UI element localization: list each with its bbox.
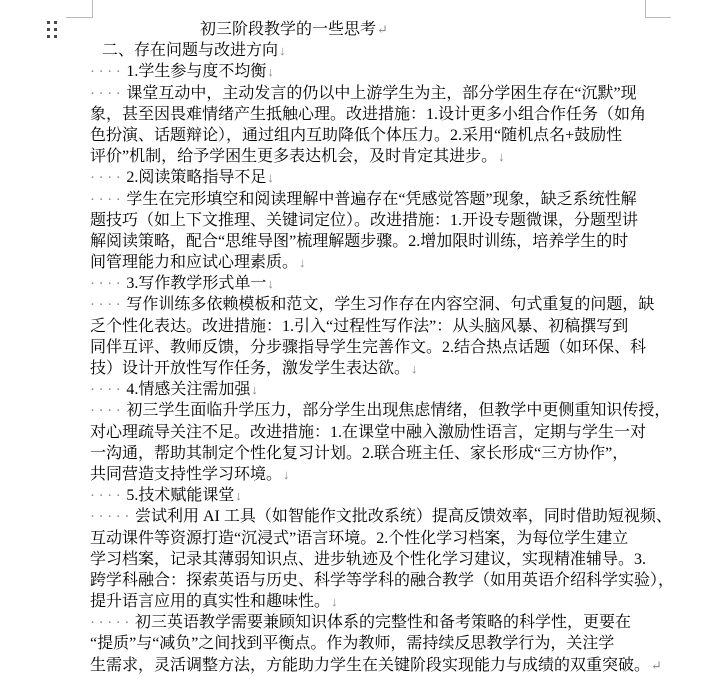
line-text: 初三学生面临升学压力，部分学生出现焦虑情绪，但教学中更侧重知识传授， [126,402,670,419]
text-line: 生需求，灵活调整方法，方能助力学生在关键阶段实现能力与成绩的双重突破。↵ [90,655,650,676]
space-marks: ···· [90,276,124,292]
line-text: 间管理能力和应试心理素质。 [90,254,298,271]
line-break-mark-icon: ↓ [331,594,338,609]
document-title: 初三阶段教学的一些思考↵ [90,19,650,40]
paragraph-mark-icon: ↵ [651,658,662,673]
space-marks: ···· [90,170,124,186]
text-line: 题技巧（如上下文推理、关键词定位）。改进措施：1.开设专题微课，分题型讲 [90,210,650,231]
text-line: 间管理能力和应试心理素质。↓ [90,252,650,273]
line-text: 4.情感关注需加强 [126,381,250,398]
paragraph-mark-icon: ↵ [377,22,388,37]
line-text: “提质”与“减负”之间找到平衡点。作为教师，需持续反思教学行为，关注学 [90,635,614,652]
text-line: 二、存在问题与改进方向↓ [90,40,650,61]
space-marks: ····· [90,509,133,525]
line-text: 评价”机制，给予学困生更多表达机会，及时肯定其进步。 [90,148,497,165]
text-line: ····初三学生面临升学压力，部分学生出现焦虑情绪，但教学中更侧重知识传授， [90,400,650,421]
space-marks: ···· [90,86,124,102]
line-text: 尝试利用 AI 工具（如智能作文批改系统）提高反馈效率，同时借助短视频、 [135,508,672,525]
text-line: 色扮演、话题辩论），通过组内互助降低个体压力。2.采用“随机点名+鼓励性 [90,125,650,146]
text-line: 乏个性化表达。改进措施：1.引入“过程性写作法”：从头脑风暴、初稿撰写到 [90,316,650,337]
text-line: 学习档案，记录其薄弱知识点、进步轨迹及个性化学习建议，实现精准辅导。3. [90,549,650,570]
line-text: 对心理疏导关注不足。改进措施：1.在课堂中融入激励性语言，定期与学生一对 [90,424,646,441]
text-line: ····2.阅读策略指导不足↓ [90,167,650,188]
line-text: 同伴互评、教师反馈，分步骤指导学生完善作文。2.结合热点话题（如环保、科 [90,339,646,356]
crop-mark-top-right-icon [645,0,671,18]
text-line: ····3.写作教学形式单一↓ [90,273,650,294]
space-marks: ···· [90,403,124,419]
text-line: ····5.技术赋能课堂↓ [90,485,650,506]
text-line: “提质”与“减负”之间找到平衡点。作为教师，需持续反思教学行为，关注学 [90,633,650,654]
line-break-mark-icon: ↓ [267,64,274,79]
space-marks: ···· [90,382,124,398]
line-break-mark-icon: ↓ [283,467,290,482]
space-marks: ···· [90,64,124,80]
line-break-mark-icon: ↓ [279,43,286,58]
line-text: 解阅读策略，配合“思维导图”梳理解题步骤。2.增加限时训练，培养学生的时 [90,233,628,250]
text-line: 象，甚至因畏难情绪产生抵触心理。改进措施：1.设计更多小组合作任务（如角 [90,104,650,125]
text-line: ·····初三英语教学需要兼顾知识体系的完整性和备考策略的科学性，更要在 [90,612,650,633]
space-marks: ···· [90,192,124,208]
text-line: 评价”机制，给予学困生更多表达机会，及时肯定其进步。↓ [90,146,650,167]
text-line: 共同营造支持性学习环境。↓ [90,464,650,485]
line-text: 跨学科融合：探索英语与历史、科学等学科的融合教学（如用英语介绍科学实验）， [90,572,674,589]
text-line: ·····尝试利用 AI 工具（如智能作文批改系统）提高反馈效率，同时借助短视频… [90,506,650,527]
line-break-mark-icon: ↓ [267,170,274,185]
text-line: ····学生在完形填空和阅读理解中普遍存在“凭感觉答题”现象，缺乏系统性解 [90,189,650,210]
text-line: 互动课件等资源打造“沉浸式”语言环境。2.个性化学习档案，为每位学生建立 [90,528,650,549]
drag-handle-icon[interactable] [47,21,57,38]
line-text: 5.技术赋能课堂 [126,487,234,504]
line-break-mark-icon: ↓ [267,276,274,291]
space-marks: ···· [90,488,124,504]
line-text: 共同营造支持性学习环境。 [90,466,282,483]
line-text: 提升语言应用的真实性和趣味性。 [90,593,330,610]
text-line: ····写作训练多依赖模板和范文，学生习作存在内容空洞、句式重复的问题，缺 [90,294,650,315]
line-text: 乏个性化表达。改进措施：1.引入“过程性写作法”：从头脑风暴、初稿撰写到 [90,318,628,335]
line-text: 写作训练多依赖模板和范文，学生习作存在内容空洞、句式重复的问题，缺 [126,296,654,313]
line-text: 象，甚至因畏难情绪产生抵触心理。改进措施：1.设计更多小组合作任务（如角 [90,106,646,123]
line-break-mark-icon: ↓ [251,382,258,397]
body-lines: 二、存在问题与改进方向↓····1.学生参与度不均衡↓····课堂互动中，主动发… [90,40,650,676]
document-page: 初三阶段教学的一些思考↵ 二、存在问题与改进方向↓····1.学生参与度不均衡↓… [0,0,716,694]
line-text: 3.写作教学形式单一 [126,275,266,292]
text-line: 同伴互评、教师反馈，分步骤指导学生完善作文。2.结合热点话题（如环保、科 [90,337,650,358]
line-text: 课堂互动中，主动发言的仍以中上游学生为主，部分学困生存在“沉默”现 [126,85,636,102]
text-line: ····课堂互动中，主动发言的仍以中上游学生为主，部分学困生存在“沉默”现 [90,83,650,104]
title-text: 初三阶段教学的一些思考 [200,21,376,38]
text-line: 一沟通，帮助其制定个性化复习计划。2.联合班主任、家长形成“三方协作”， [90,443,650,464]
line-text: 一沟通，帮助其制定个性化复习计划。2.联合班主任、家长形成“三方协作”， [90,445,628,462]
text-line: 技）设计开放性写作任务，激发学生表达欲。↓ [90,358,650,379]
line-text: 2.阅读策略指导不足 [126,169,266,186]
line-text: 学生在完形填空和阅读理解中普遍存在“凭感觉答题”现象，缺乏系统性解 [126,191,636,208]
text-line: 提升语言应用的真实性和趣味性。↓ [90,591,650,612]
line-break-mark-icon: ↓ [299,255,306,270]
line-break-mark-icon: ↓ [498,149,505,164]
line-text: 二、存在问题与改进方向 [102,42,278,59]
line-text: 生需求，灵活调整方法，方能助力学生在关键阶段实现能力与成绩的双重突破。 [90,657,650,674]
line-text: 互动课件等资源打造“沉浸式”语言环境。2.个性化学习档案，为每位学生建立 [90,530,628,547]
line-text: 技）设计开放性写作任务，激发学生表达欲。 [90,360,410,377]
line-text: 题技巧（如上下文推理、关键词定位）。改进措施：1.开设专题微课，分题型讲 [90,212,638,229]
line-break-mark-icon: ↓ [411,361,418,376]
space-marks: ···· [90,297,124,313]
text-line: ····4.情感关注需加强↓ [90,379,650,400]
line-text: 1.学生参与度不均衡 [126,63,266,80]
document-text[interactable]: 初三阶段教学的一些思考↵ 二、存在问题与改进方向↓····1.学生参与度不均衡↓… [90,19,650,676]
text-line: 跨学科融合：探索英语与历史、科学等学科的融合教学（如用英语介绍科学实验）， [90,570,650,591]
line-break-mark-icon: ↓ [235,488,242,503]
line-text: 学习档案，记录其薄弱知识点、进步轨迹及个性化学习建议，实现精准辅导。3. [90,551,646,568]
text-line: 对心理疏导关注不足。改进措施：1.在课堂中融入激励性语言，定期与学生一对 [90,422,650,443]
text-line: ····1.学生参与度不均衡↓ [90,61,650,82]
line-text: 初三英语教学需要兼顾知识体系的完整性和备考策略的科学性，更要在 [135,614,631,631]
line-text: 色扮演、话题辩论），通过组内互助降低个体压力。2.采用“随机点名+鼓励性 [90,127,622,144]
crop-mark-top-left-icon [66,0,93,18]
space-marks: ····· [90,615,133,631]
text-line: 解阅读策略，配合“思维导图”梳理解题步骤。2.增加限时训练，培养学生的时 [90,231,650,252]
